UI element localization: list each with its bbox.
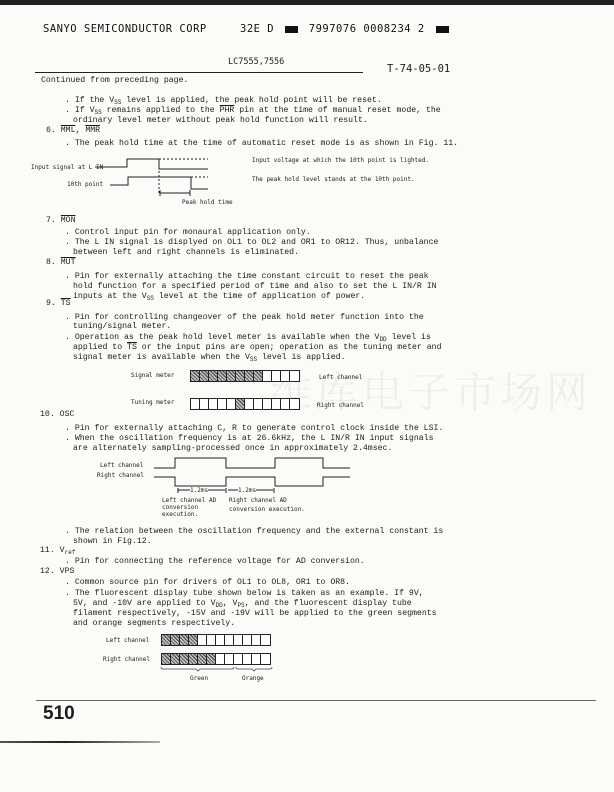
scan-bottom-artifact bbox=[0, 741, 160, 743]
vps-braces bbox=[0, 0, 614, 792]
footer-rule bbox=[36, 700, 596, 701]
page-number: 510 bbox=[43, 703, 75, 725]
orange-label: Orange bbox=[242, 675, 264, 682]
green-label: Green bbox=[190, 675, 208, 682]
